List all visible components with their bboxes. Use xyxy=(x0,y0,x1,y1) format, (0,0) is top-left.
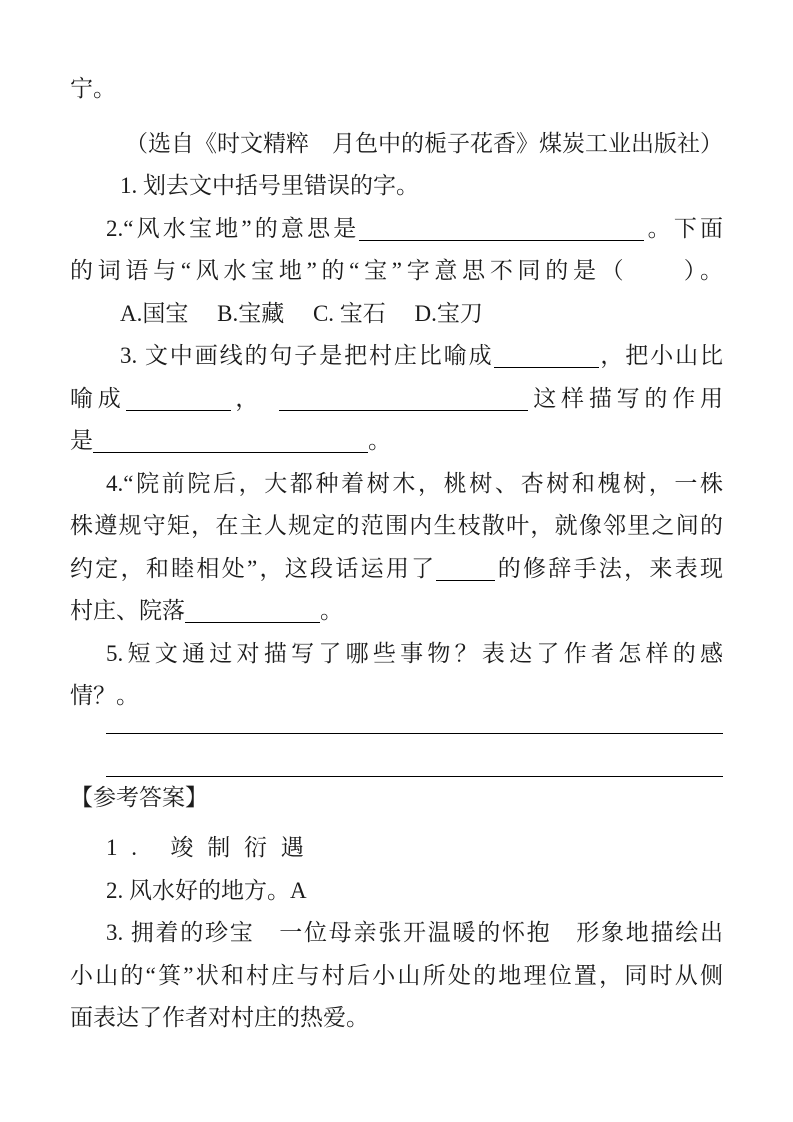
question-2-line-1: 2.“风水宝地”的意思是。下面 xyxy=(70,208,723,251)
text-run: 株遵规守矩，在主人规定的范围内生枝散叶，就像邻里之间的 xyxy=(70,513,723,538)
text-run: 小山的“箕”状和村庄与村后小山所处的地理位置，同时从侧 xyxy=(70,963,723,988)
answer-1: 1. 竣制衍遇 xyxy=(70,827,723,870)
fill-in-blank xyxy=(279,387,528,411)
worksheet-page: 宁。（选自《时文精粹 月色中的栀子花香》煤炭工业出版社）1. 划去文中括号里错误… xyxy=(0,0,793,1122)
text-run: 宁。 xyxy=(70,76,116,101)
question-4-line-1: 4.“院前院后，大都种着树木，桃树、杏树和槐树，一株 xyxy=(70,463,723,506)
fill-in-blank xyxy=(494,344,599,368)
text-run: 5.短文通过对描写了哪些事物？表达了作者怎样的感 xyxy=(106,641,723,666)
answer-writing-line-2 xyxy=(106,734,723,777)
text-run: 情？。 xyxy=(70,683,139,708)
text-run: 1. 划去文中括号里错误的字。 xyxy=(120,173,419,198)
text-run: ，把小山比 xyxy=(599,343,724,368)
text-run: 的修辞手法，来表现 xyxy=(495,556,723,581)
text-run: 的词语与“风水宝地”的“宝”字意思不同的是（ ）。 xyxy=(70,258,723,283)
fill-in-blank xyxy=(93,429,368,453)
text-run: 约定，和睦相处”，这段话运用了 xyxy=(70,556,436,581)
text-run: 3. 文中画线的句子是把村庄比喻成 xyxy=(120,343,494,368)
answer-writing-line-1 xyxy=(106,718,723,734)
question-3-line-3: 是。 xyxy=(70,420,723,463)
answer-3-line-2: 小山的“箕”状和村庄与村后小山所处的地理位置，同时从侧 xyxy=(70,955,723,998)
fill-in-blank xyxy=(126,387,231,411)
question-3-line-2: 喻成， 这样描写的作用 xyxy=(70,378,723,421)
text-run: 2. 风水好的地方。A xyxy=(106,878,307,903)
question-4-line-2: 株遵规守矩，在主人规定的范围内生枝散叶，就像邻里之间的 xyxy=(70,505,723,548)
text-run: 4.“院前院后，大都种着树木，桃树、杏树和槐树，一株 xyxy=(106,471,723,496)
question-1: 1. 划去文中括号里错误的字。 xyxy=(70,165,723,208)
question-2-line-2: 的词语与“风水宝地”的“宝”字意思不同的是（ ）。 xyxy=(70,250,723,293)
text-run: 这样描写的作用 xyxy=(528,386,723,411)
page-lines: 宁。（选自《时文精粹 月色中的栀子花香》煤炭工业出版社）1. 划去文中括号里错误… xyxy=(70,68,723,1040)
text-run: 面表达了作者对村庄的热爱。 xyxy=(70,1005,369,1030)
question-4-line-3: 约定，和睦相处”，这段话运用了的修辞手法，来表现 xyxy=(70,548,723,591)
text-run: 是 xyxy=(70,428,93,453)
answer-key-header: 【参考答案】 xyxy=(70,777,723,820)
fill-in-blank xyxy=(185,599,320,623)
answer-3-line-3: 面表达了作者对村庄的热爱。 xyxy=(70,997,723,1040)
text-run: ， xyxy=(231,386,280,411)
answer-2: 2. 风水好的地方。A xyxy=(70,870,723,913)
answer-3-line-1: 3. 拥着的珍宝 一位母亲张开温暖的怀抱 形象地描绘出 xyxy=(70,912,723,955)
question-3-line-1: 3. 文中画线的句子是把村庄比喻成，把小山比 xyxy=(70,335,723,378)
question-2-options: A.国宝 B.宝藏 C. 宝石 D.宝刀 xyxy=(70,293,723,336)
fill-in-blank xyxy=(359,217,644,241)
text-run: 村庄、院落 xyxy=(70,598,185,623)
fill-in-blank xyxy=(436,557,495,581)
overflow-text-line: 宁。 xyxy=(70,68,723,111)
text-run: 。 xyxy=(368,428,391,453)
text-run: （选自《时文精粹 月色中的栀子花香》煤炭工业出版社） xyxy=(125,131,723,156)
question-4-line-4: 村庄、院落。 xyxy=(70,590,723,633)
text-run: 1. 竣制衍遇 xyxy=(106,835,318,860)
text-run: 2.“风水宝地”的意思是 xyxy=(106,216,359,241)
text-run: 。 xyxy=(320,598,343,623)
question-5-line-1: 5.短文通过对描写了哪些事物？表达了作者怎样的感 xyxy=(70,633,723,676)
text-run: 3. 拥着的珍宝 一位母亲张开温暖的怀抱 形象地描绘出 xyxy=(106,920,723,945)
question-5-line-2: 情？。 xyxy=(70,675,723,718)
source-attribution-line: （选自《时文精粹 月色中的栀子花香》煤炭工业出版社） xyxy=(70,123,723,166)
text-run: 喻成 xyxy=(70,386,126,411)
text-run: 。下面 xyxy=(644,216,723,241)
text-run: 【参考答案】 xyxy=(70,785,208,810)
text-run: A.国宝 B.宝藏 C. 宝石 D.宝刀 xyxy=(120,301,483,326)
